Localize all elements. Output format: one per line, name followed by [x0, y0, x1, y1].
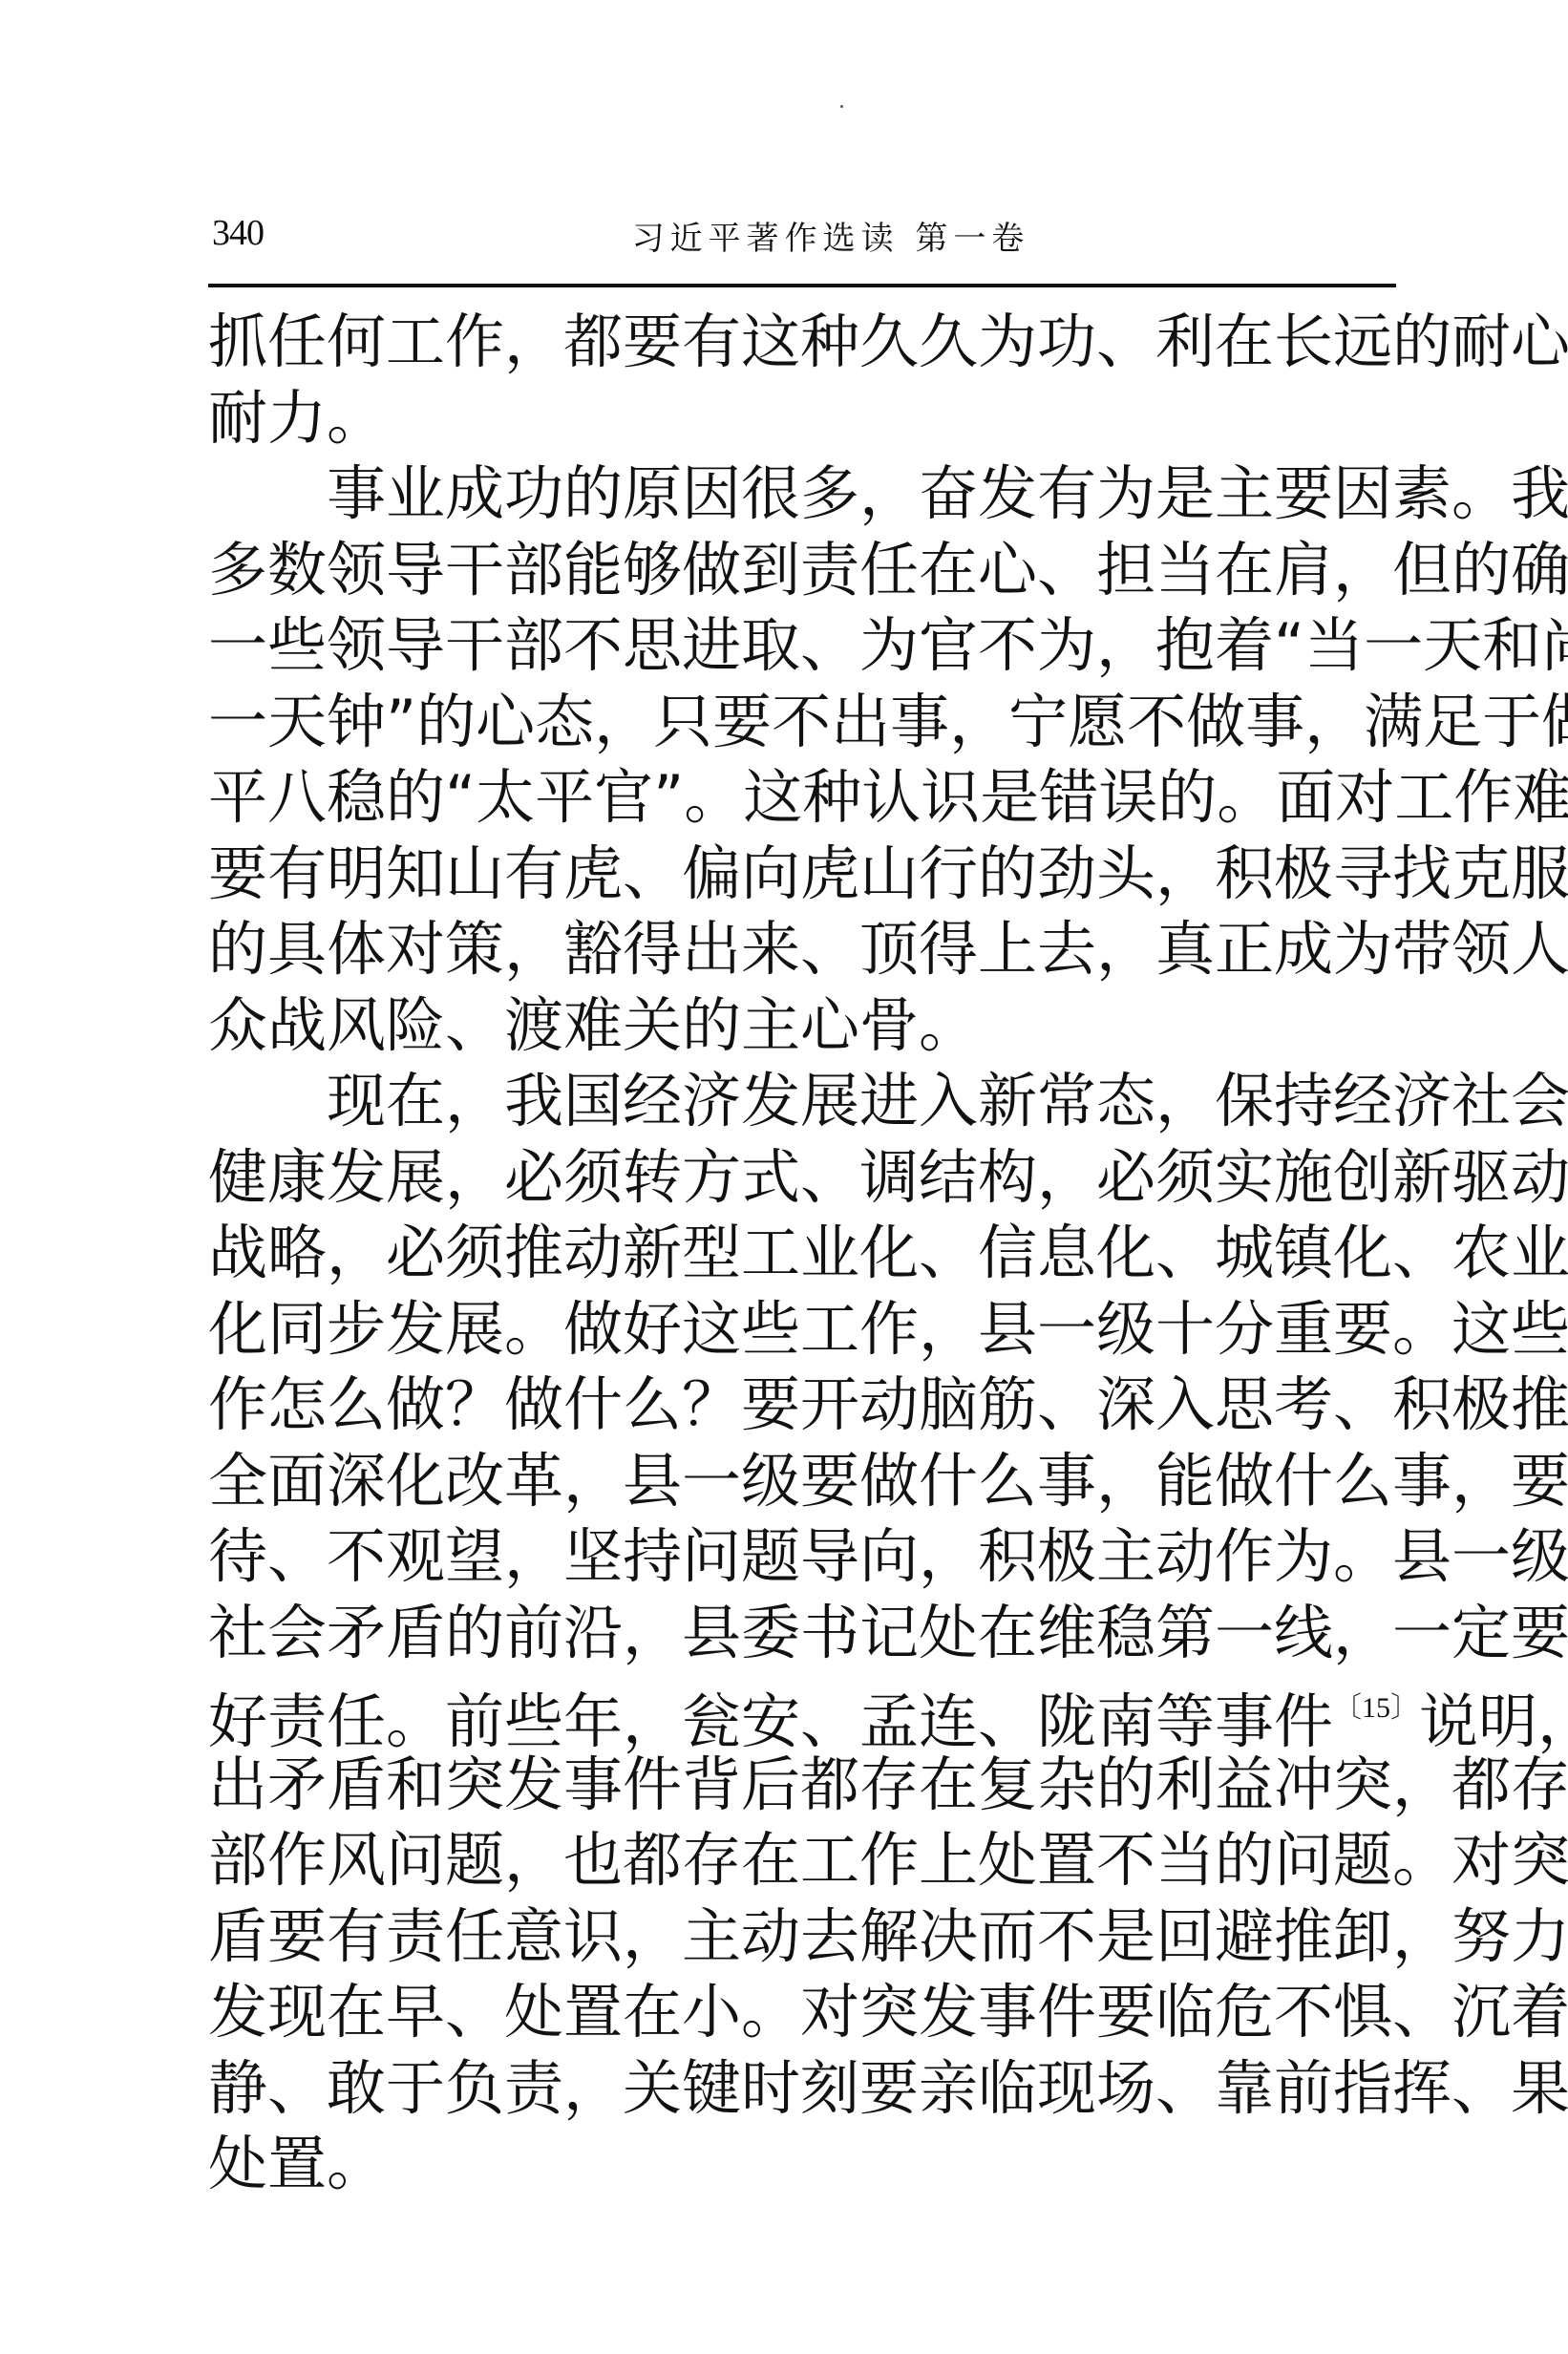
text-line: 出矛盾和突发事件背后都存在复杂的利益冲突，都存在干 [208, 1747, 1398, 1823]
scan-speck [840, 105, 843, 108]
footnote-reference[interactable]: 〔15〕 [1333, 1692, 1419, 1724]
text-line: 一些领导干部不思进取、为官不为，抱着“当一天和尚撞 [208, 607, 1398, 684]
text-line: 抓任何工作，都要有这种久久为功、利在长远的耐心和 [208, 304, 1398, 380]
body-text: 抓任何工作，都要有这种久久为功、利在长远的耐心和 耐力。 事业成功的原因很多，奋… [208, 304, 1398, 2202]
text-line: 盾要有责任意识，主动去解决而不是回避推卸，努力做到 [208, 1898, 1398, 1975]
text-line: 发现在早、处置在小。对突发事件要临危不惧、沉着冷 [208, 1974, 1398, 2050]
text-line: 的具体对策，豁得出来、顶得上去，真正成为带领人民群 [208, 911, 1398, 987]
text-line-with-footnote: 好责任。前些年，瓮安、孟连、陇南等事件〔15〕说明，突 [208, 1670, 1398, 1747]
text-after-footnote: 说明，突 [1419, 1686, 1568, 1756]
text-line: 战略，必须推动新型工业化、信息化、城镇化、农业现代 [208, 1215, 1398, 1291]
running-title: 习近平著作选读 第一卷 [208, 212, 1396, 259]
text-line: 现在，我国经济发展进入新常态，保持经济社会持续 [208, 1063, 1398, 1139]
text-line: 事业成功的原因很多，奋发有为是主要因素。我们大 [208, 456, 1398, 532]
text-line: 健康发展，必须转方式、调结构，必须实施创新驱动发展 [208, 1139, 1398, 1216]
book-page: 340 习近平著作选读 第一卷 抓任何工作，都要有这种久久为功、利在长远的耐心和… [0, 0, 1568, 2354]
text-line: 耐力。 [208, 380, 1398, 456]
text-line: 全面深化改革，县一级要做什么事，能做什么事，要不等 [208, 1443, 1398, 1519]
text-line: 社会矛盾的前沿，县委书记处在维稳第一线，一定要履行 [208, 1595, 1398, 1671]
page-header: 340 习近平著作选读 第一卷 [208, 212, 1396, 269]
text-line: 化同步发展。做好这些工作，县一级十分重要。这些工 [208, 1291, 1398, 1368]
text-line: 部作风问题，也都存在工作上处置不当的问题。对突出矛 [208, 1822, 1398, 1898]
text-line: 要有明知山有虎、偏向虎山行的劲头，积极寻找克服困难 [208, 836, 1398, 912]
text-line: 作怎么做？做什么？要开动脑筋、深入思考、积极推动。 [208, 1367, 1398, 1443]
text-line: 众战风险、渡难关的主心骨。 [208, 987, 1398, 1064]
text-line: 平八稳的“太平官”。这种认识是错误的。面对工作难题， [208, 759, 1398, 836]
text-line: 处置。 [208, 2126, 1398, 2202]
header-rule [208, 284, 1396, 287]
text-line: 多数领导干部能够做到责任在心、担当在肩，但的确也有 [208, 532, 1398, 608]
text-line: 静、敢于负责，关键时刻要亲临现场、靠前指挥、果断 [208, 2050, 1398, 2127]
text-line: 一天钟”的心态，只要不出事，宁愿不做事，满足于做四 [208, 684, 1398, 760]
text-line: 待、不观望，坚持问题导向，积极主动作为。县一级处于 [208, 1518, 1398, 1595]
